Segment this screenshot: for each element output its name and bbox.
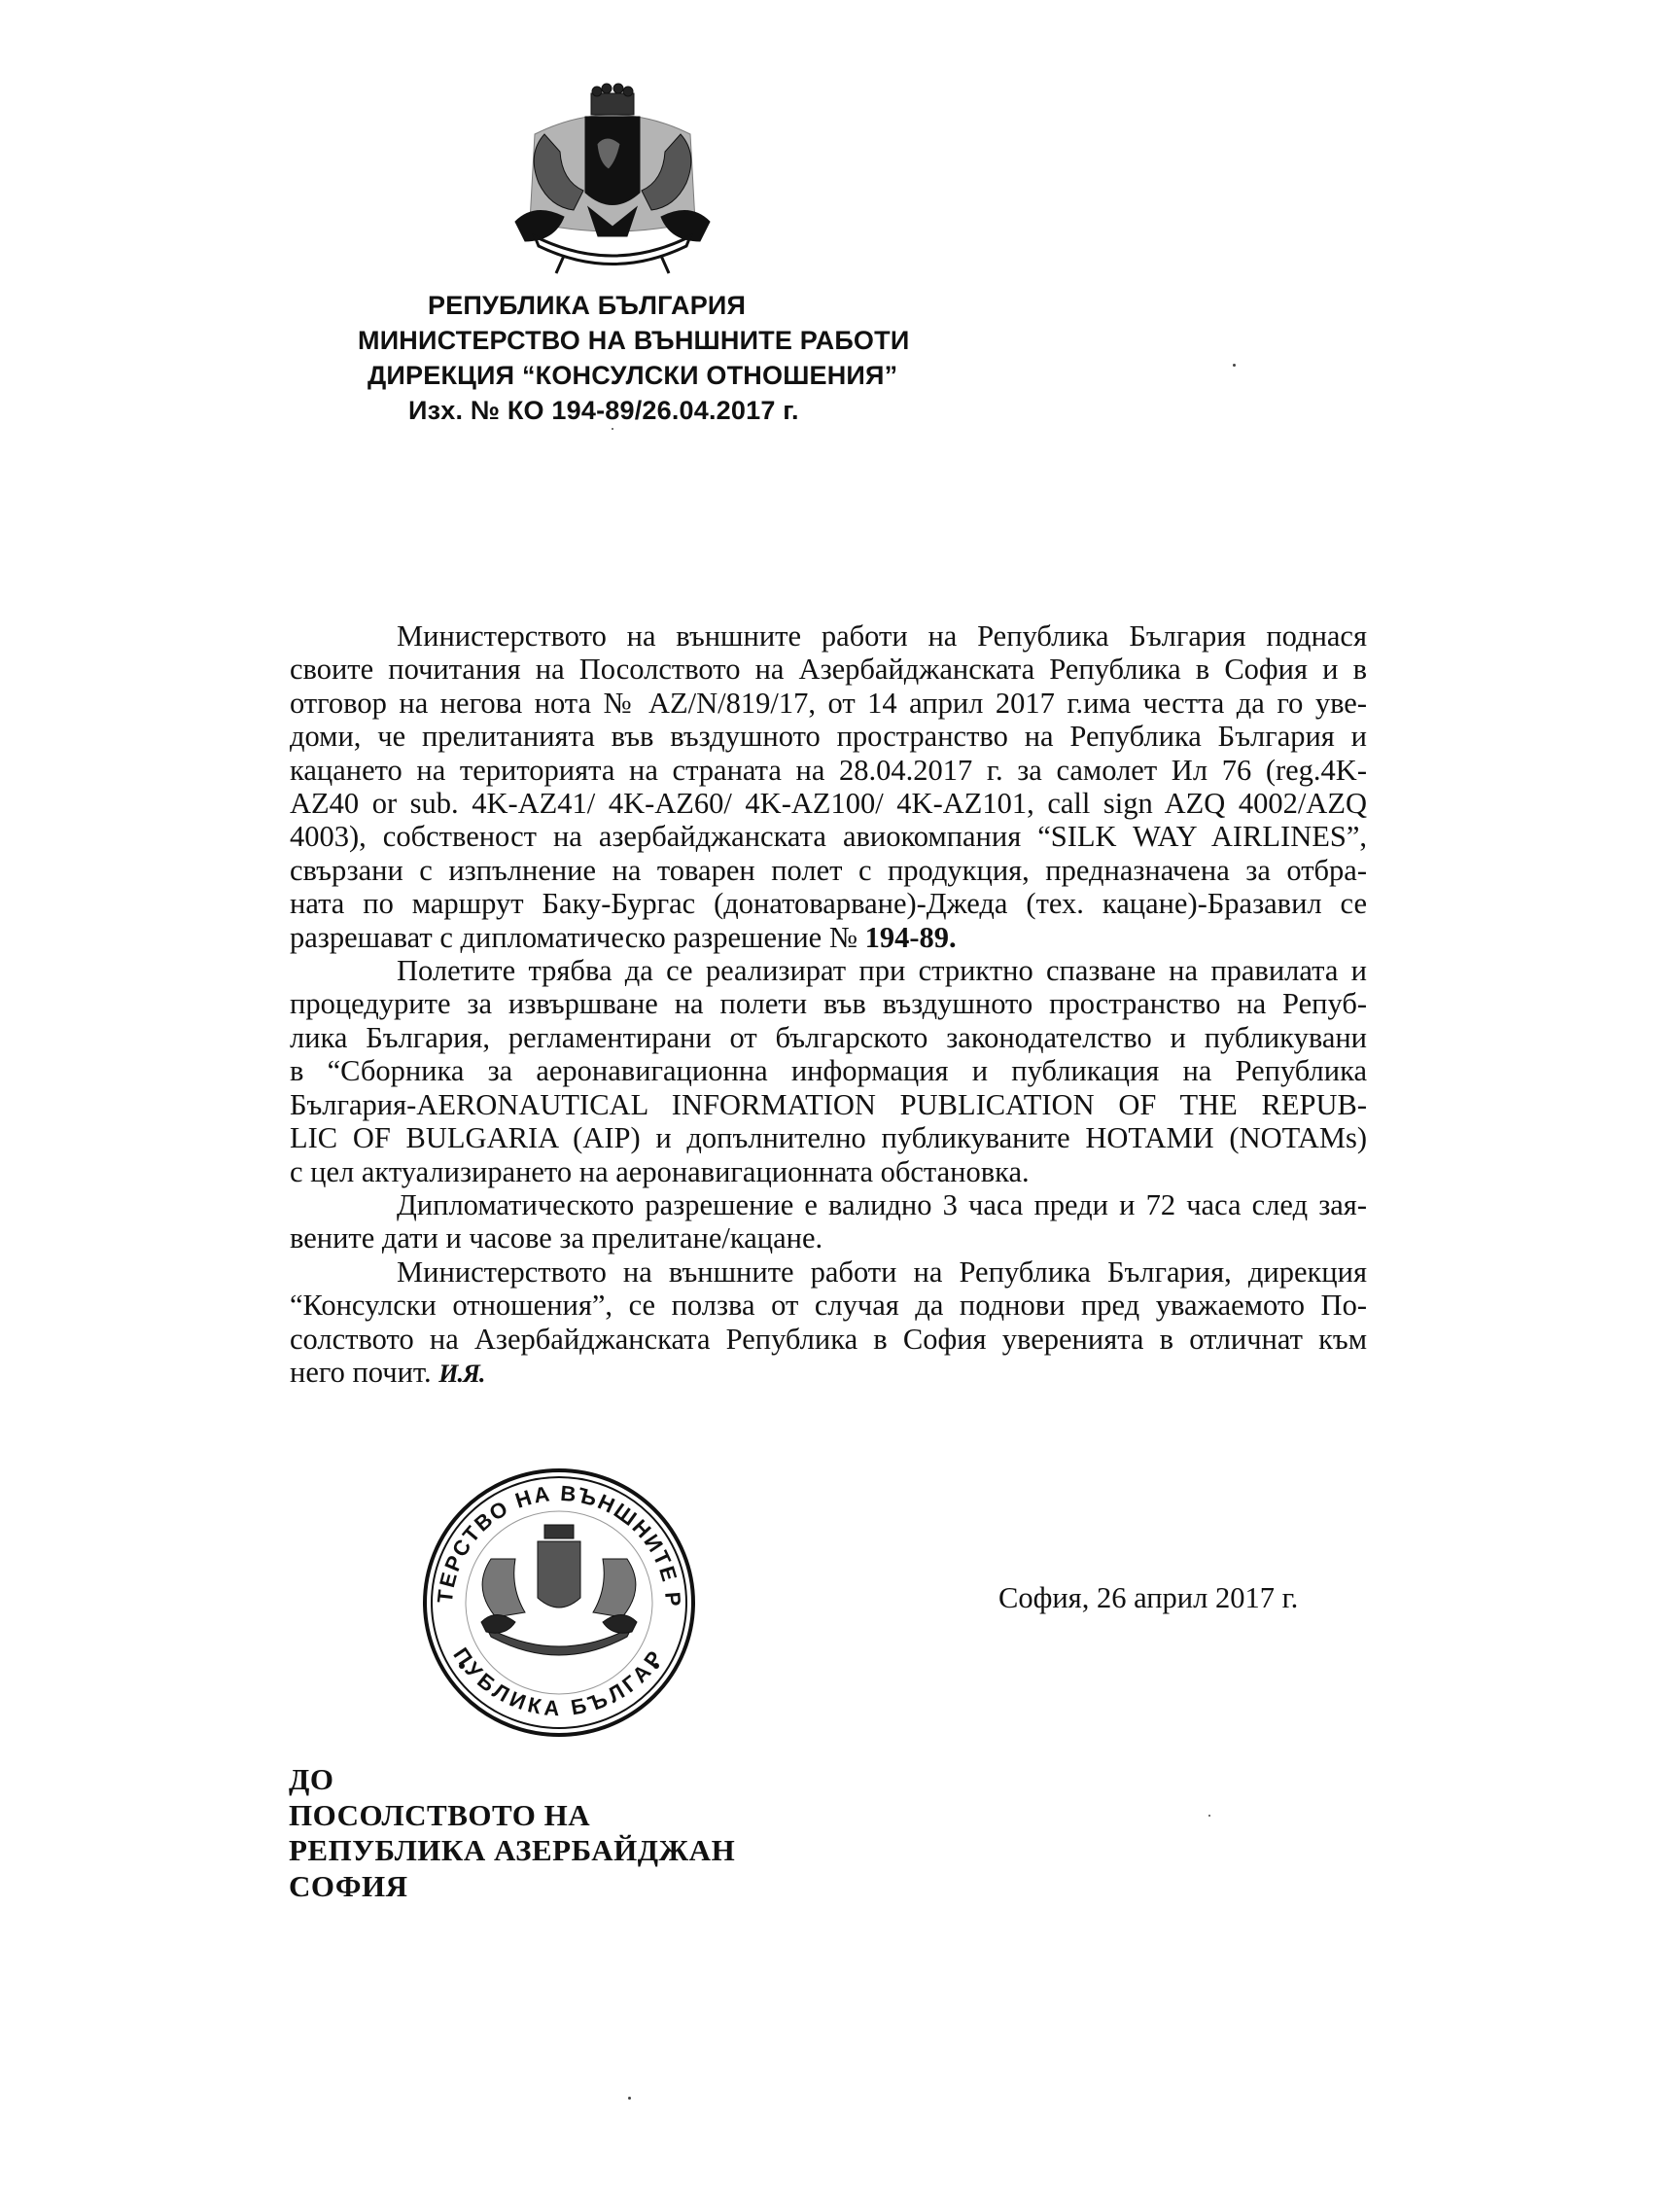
paragraph-3: Дипломатическото разрешение е валидно 3 … xyxy=(290,1188,1367,1255)
reference-number: Изх. № КО 194-89/26.04.2017 г. xyxy=(408,393,799,428)
text-line: отговор на негова нота № AZ/N/819/17, от… xyxy=(290,687,1367,720)
paragraph-4: Министерството на външните работи на Реп… xyxy=(290,1255,1367,1392)
text-line: свързани с изпълнение на товарен полет с… xyxy=(290,854,1367,887)
text-line: LIC OF BULGARIA (AIP) и допълнително пуб… xyxy=(290,1121,1367,1154)
text-line: ната по маршрут Баку-Бургас (донатоварва… xyxy=(290,887,1367,920)
text-line: кацането на територията на страната на 2… xyxy=(290,754,1367,787)
coat-of-arms-icon xyxy=(496,76,729,280)
text-line: “Консулски отношения”, се ползва от случ… xyxy=(290,1289,1367,1322)
addressee-line: ДО xyxy=(289,1762,735,1798)
text-line: Дипломатическото разрешение е валидно 3 … xyxy=(290,1188,1367,1221)
addressee-block: ДО ПОСОЛСТВОТО НА РЕПУБЛИКА АЗЕРБАЙДЖАН … xyxy=(289,1762,735,1904)
letterhead-country: РЕПУБЛИКА БЪЛГАРИЯ xyxy=(428,288,746,323)
text-line: своите почитания на Посолството на Азерб… xyxy=(290,653,1367,686)
text-line: Полетите трябва да се реализират при стр… xyxy=(290,954,1367,987)
permit-number: 194-89. xyxy=(865,921,957,954)
text-line: вените дати и часове за прелитане/кацане… xyxy=(290,1221,1367,1255)
scan-speck xyxy=(612,428,613,430)
permit-label: разрешават с дипломатическо разрешение № xyxy=(290,921,865,954)
text-line: AZ40 or sub. 4K-AZ41/ 4K-AZ60/ 4K-AZ100/… xyxy=(290,787,1367,820)
text-line: процедурите за извършване на полети във … xyxy=(290,987,1367,1020)
text-line: 4003), собственост на азербайджанската а… xyxy=(290,820,1367,853)
text-line: него почит. И.Я. xyxy=(290,1356,1367,1391)
addressee-line: СОФИЯ xyxy=(289,1869,735,1905)
paragraph-2: Полетите трябва да се реализират при стр… xyxy=(290,954,1367,1188)
text-line: солството на Азербайджанската Република … xyxy=(290,1323,1367,1356)
text-line: лика България, регламентирани от българс… xyxy=(290,1021,1367,1054)
scan-speck xyxy=(1208,1815,1210,1817)
text-line: Министерството на външните работи на Реп… xyxy=(290,619,1367,653)
addressee-line: ПОСОЛСТВОТО НА xyxy=(289,1798,735,1834)
paragraph-1: Министерството на външните работи на Реп… xyxy=(290,619,1367,954)
text-line: с цел актуализирането на аеронавигационн… xyxy=(290,1155,1367,1188)
text-line: в “Сборника за аеронавигационна информац… xyxy=(290,1054,1367,1087)
letterhead-directorate: ДИРЕКЦИЯ “КОНСУЛСКИ ОТНОШЕНИЯ” xyxy=(367,358,897,393)
text-line: България-AERONAUTICAL INFORMATION PUBLIC… xyxy=(290,1088,1367,1121)
addressee-line: РЕПУБЛИКА АЗЕРБАЙДЖАН xyxy=(289,1833,735,1869)
handwritten-initials: И.Я. xyxy=(438,1360,484,1388)
scan-speck xyxy=(1233,364,1236,367)
text-line: разрешават с дипломатическо разрешение №… xyxy=(290,921,1367,954)
letterhead-ministry: МИНИСТЕРСТВО НА ВЪНШНИТЕ РАБОТИ xyxy=(358,323,909,358)
scan-speck xyxy=(628,2097,631,2100)
document-page: РЕПУБЛИКА БЪЛГАРИЯ МИНИСТЕРСТВО НА ВЪНШН… xyxy=(0,0,1680,2191)
scan-speck xyxy=(1291,1097,1293,1099)
place-and-date: София, 26 април 2017 г. xyxy=(998,1581,1298,1614)
letter-body: Министерството на външните работи на Реп… xyxy=(290,619,1367,1391)
official-seal-icon: МИНИСТЕРСТВО НА ВЪНШНИТЕ РАБОТИ РЕПУБЛИК… xyxy=(413,1462,705,1744)
closing-text: него почит. xyxy=(290,1356,432,1389)
text-line: Министерството на външните работи на Реп… xyxy=(290,1255,1367,1289)
text-line: доми, че прелитанията във въздушното про… xyxy=(290,720,1367,753)
